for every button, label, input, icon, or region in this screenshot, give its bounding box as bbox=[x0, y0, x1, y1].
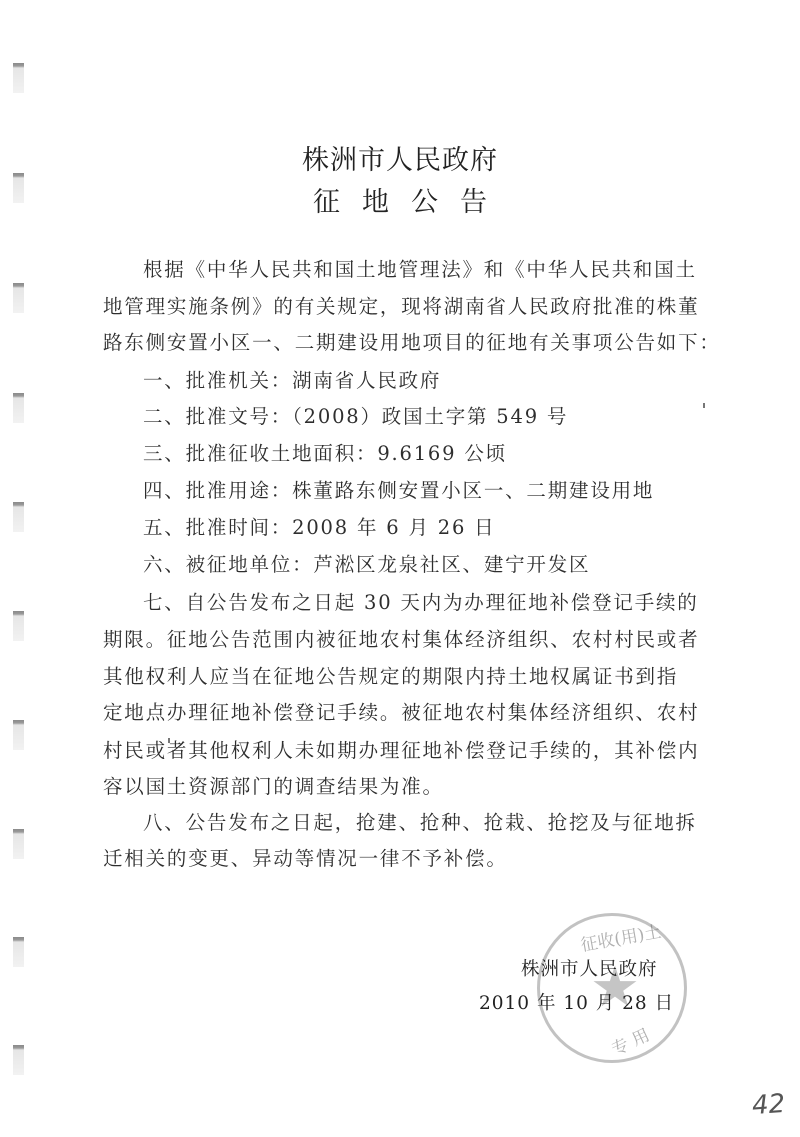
item-seven-line: 村民或者其他权利人未如期办理征地补偿登记手续的，其补偿内 bbox=[103, 739, 703, 763]
item-label: 批准机关： bbox=[186, 369, 293, 392]
item-label: 被征地单位： bbox=[186, 553, 314, 576]
binder-hole-mark bbox=[13, 393, 24, 423]
item-number: 四、 bbox=[143, 479, 186, 502]
item-value: 株董路东侧安置小区一、二期建设用地 bbox=[292, 479, 654, 502]
document-page: 株洲市人民政府 征地公告 根据《中华人民共和国土地管理法》和《中华人民共和国土 … bbox=[0, 0, 800, 1137]
scan-speck bbox=[703, 403, 705, 408]
item-seven-line: 定地点办理征地补偿登记手续。被征地农村集体经济组织、农村 bbox=[103, 701, 703, 725]
binder-hole-mark bbox=[13, 829, 24, 859]
page-number: 42 bbox=[751, 1089, 786, 1121]
signature-date: 2010 年 10 月 28 日 bbox=[479, 989, 674, 1015]
issuer-heading: 株洲市人民政府 bbox=[0, 138, 800, 177]
item-approval-authority: 一、批准机关：湖南省人民政府 bbox=[143, 369, 743, 393]
item-label: 批准征收土地面积： bbox=[186, 442, 378, 465]
binder-hole-mark bbox=[13, 1045, 24, 1075]
item-value: 2008 年 6 月 26 日 bbox=[292, 516, 495, 539]
item-number: 六、 bbox=[143, 553, 186, 576]
binder-hole-mark bbox=[13, 63, 24, 93]
item-seven-line: 容以国土资源部门的调查结果为准。 bbox=[103, 775, 703, 799]
official-seal: ★ 征收(用)土 专 用 bbox=[537, 913, 687, 1063]
binder-hole-mark bbox=[13, 937, 24, 967]
seal-bottom-text: 专 用 bbox=[607, 1021, 653, 1060]
item-number: 一、 bbox=[143, 369, 186, 392]
item-seven-line: 其他权利人应当在征地公告规定的期限内持土地权属证书到指 bbox=[103, 665, 703, 689]
item-approved-use: 四、批准用途：株董路东侧安置小区一、二期建设用地 bbox=[143, 479, 743, 503]
item-approval-date: 五、批准时间：2008 年 6 月 26 日 bbox=[143, 516, 743, 540]
item-land-area: 三、批准征收土地面积：9.6169 公顷 bbox=[143, 442, 743, 466]
scan-speck bbox=[168, 738, 170, 743]
item-seven-line: 七、自公告发布之日起 30 天内为办理征地补偿登记手续的 bbox=[143, 591, 743, 615]
signature-issuer: 株洲市人民政府 bbox=[521, 955, 658, 981]
intro-line: 路东侧安置小区一、二期建设用地项目的征地有关事项公告如下： bbox=[103, 331, 703, 355]
intro-line: 根据《中华人民共和国土地管理法》和《中华人民共和国土 bbox=[143, 258, 743, 282]
binder-hole-mark bbox=[13, 720, 24, 750]
item-label: 批准文号： bbox=[186, 405, 293, 428]
seal-top-text: 征收(用)土 bbox=[578, 917, 662, 956]
binder-hole-mark bbox=[13, 611, 24, 641]
item-eight-line: 八、公告发布之日起，抢建、抢种、抢栽、抢挖及与征地拆 bbox=[143, 811, 743, 835]
item-value: 9.6169 公顷 bbox=[377, 442, 507, 465]
item-number: 五、 bbox=[143, 516, 186, 539]
item-number: 二、 bbox=[143, 405, 186, 428]
item-seven-line: 期限。征地公告范围内被征地农村集体经济组织、农村村民或者 bbox=[103, 628, 703, 652]
item-value: （2008）政国土字第 549 号 bbox=[292, 405, 568, 428]
item-value: 湖南省人民政府 bbox=[292, 369, 441, 392]
notice-title: 征地公告 bbox=[0, 180, 800, 219]
item-eight-line: 迁相关的变更、异动等情况一律不予补偿。 bbox=[103, 847, 703, 871]
intro-line: 地管理实施条例》的有关规定，现将湖南省人民政府批准的株董 bbox=[103, 295, 703, 319]
item-expropriated-units: 六、被征地单位：芦淞区龙泉社区、建宁开发区 bbox=[143, 553, 743, 577]
item-value: 芦淞区龙泉社区、建宁开发区 bbox=[313, 553, 590, 576]
item-number: 三、 bbox=[143, 442, 186, 465]
item-approval-document-number: 二、批准文号：（2008）政国土字第 549 号 bbox=[143, 405, 743, 429]
item-label: 批准时间： bbox=[186, 516, 293, 539]
binder-hole-mark bbox=[13, 502, 24, 532]
item-label: 批准用途： bbox=[186, 479, 293, 502]
binder-hole-mark bbox=[13, 283, 24, 313]
